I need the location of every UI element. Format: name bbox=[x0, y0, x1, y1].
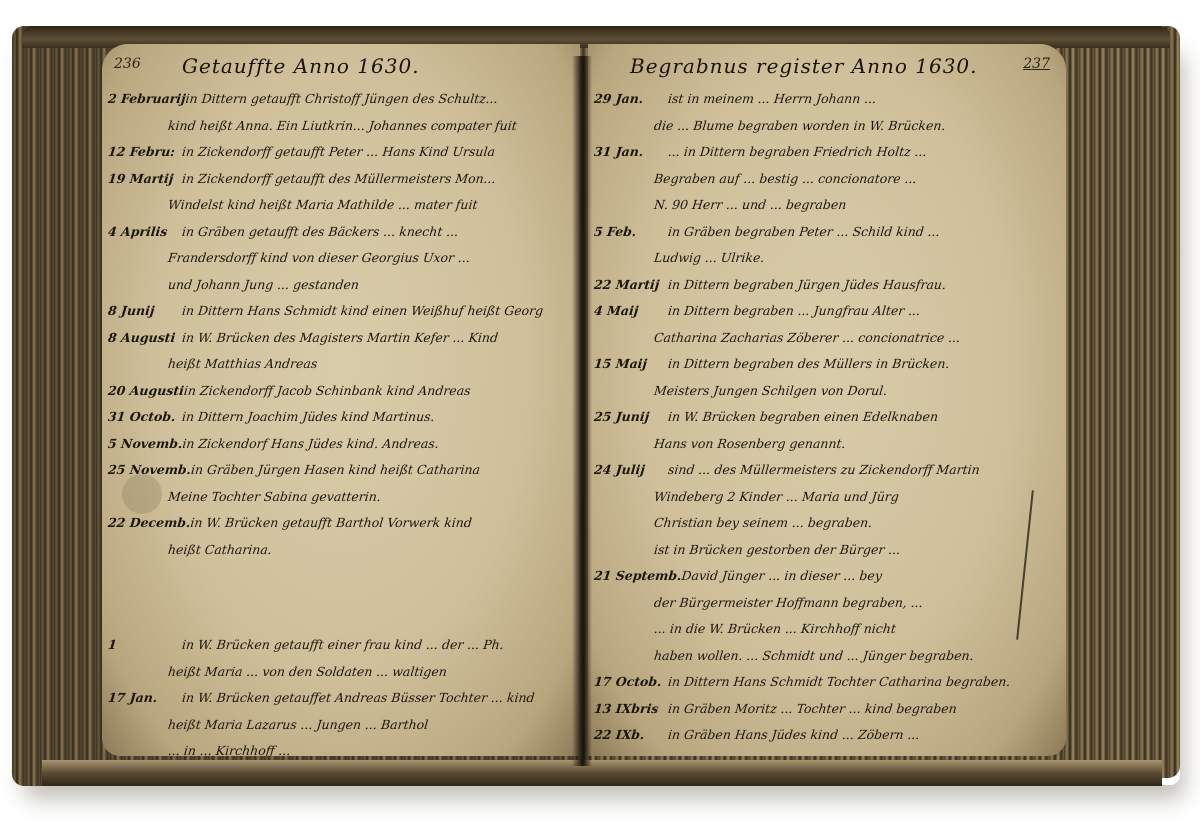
entry-date: 13 IXbris bbox=[593, 696, 670, 723]
entry-date: 4 Maij bbox=[593, 298, 670, 325]
entry-text: kind heißt Anna. Ein Liutkrin... Johanne… bbox=[167, 118, 517, 133]
register-entry: Christian bey seinem ... begraben. bbox=[593, 510, 1062, 537]
entry-text: Begraben auf ... bestig ... concionatore… bbox=[653, 171, 917, 186]
register-entry: 24 Julijsind ... des Müllermeisters zu Z… bbox=[593, 457, 1062, 484]
entry-text: Meine Tochter Sabina gevatterin. bbox=[167, 489, 381, 504]
page-number: 237 bbox=[1023, 56, 1050, 72]
register-entry: 25 Junijin W. Brücken begraben einen Ede… bbox=[593, 404, 1062, 431]
register-entry: 25 Novemb.in Gräben Jürgen Hasen kind he… bbox=[107, 457, 576, 484]
entry-text: in Zickendorf Hans Jüdes kind. Andreas. bbox=[182, 436, 440, 451]
register-entry: 4 Aprilisin Gräben getaufft des Bäckers … bbox=[107, 219, 576, 246]
entry-date: 22 Martij bbox=[593, 272, 670, 299]
right-page: 237 Begrabnus register Anno 1630. 29 Jan… bbox=[588, 44, 1066, 756]
entry-text: ... in die W. Brücken ... Kirchhoff nich… bbox=[653, 621, 896, 636]
entry-date: 31 Jan. bbox=[593, 139, 670, 166]
entry-date: 15 Maij bbox=[593, 351, 670, 378]
register-entry: heißt Maria Lazarus ... Jungen ... Barth… bbox=[107, 712, 576, 739]
entry-date: 21 Septemb. bbox=[593, 563, 683, 590]
entry-date: 17 Octob. bbox=[593, 669, 670, 696]
entry-text: in Dittern Hans Schmidt Tochter Catharin… bbox=[667, 674, 1011, 689]
entry-text: in W. Brücken getaufft einer frau kind .… bbox=[181, 637, 504, 652]
left-page: 236 Getauffte Anno 1630. 2 Februarijin D… bbox=[102, 44, 580, 756]
entry-date: 29 Jan. bbox=[593, 86, 670, 113]
register-entry: Begraben auf ... bestig ... concionatore… bbox=[593, 166, 1062, 193]
entry-text: in Dittern Hans Schmidt kind einen Weißh… bbox=[181, 303, 544, 318]
entry-text: Windeberg 2 Kinder ... Maria und Jürg bbox=[653, 489, 899, 504]
entry-date: 22 IXb. bbox=[593, 722, 670, 749]
entry-date: 24 Julij bbox=[593, 457, 670, 484]
entry-date: 8 Junij bbox=[107, 298, 184, 325]
register-entry: N. 90 Herr ... und ... begraben bbox=[593, 192, 1062, 219]
register-entry: 5 Feb.in Gräben begraben Peter ... Schil… bbox=[593, 219, 1062, 246]
register-entry: 8 Junijin Dittern Hans Schmidt kind eine… bbox=[107, 298, 576, 325]
register-entry: 5 Novemb.in Zickendorf Hans Jüdes kind. … bbox=[107, 431, 576, 458]
entry-text: in Dittern Joachim Jüdes kind Martinus. bbox=[181, 409, 435, 424]
entry-text: ist in meinem ... Herrn Johann ... bbox=[667, 91, 877, 106]
bottom-edge bbox=[42, 760, 1162, 786]
entry-text: Catharina Zacharias Zöberer ... conciona… bbox=[653, 330, 961, 345]
entry-date: 1 bbox=[107, 632, 184, 659]
register-entry: 15 Maijin Dittern begraben des Müllers i… bbox=[593, 351, 1062, 378]
entry-text: in Gräben begraben Peter ... Schild kind… bbox=[667, 224, 940, 239]
entry-text: in Dittern begraben ... Jungfrau Alter .… bbox=[667, 303, 921, 318]
register-entry: Meisters Jungen Schilgen von Dorul. bbox=[593, 378, 1062, 405]
entry-text: in Gräben Hans Jüdes kind ... Zöbern ... bbox=[667, 727, 920, 742]
register-entry: ... in ... Kirchhoff ... bbox=[107, 738, 576, 756]
entry-text: ... in Dittern begraben Friedrich Holtz … bbox=[667, 144, 927, 159]
register-entry: heißt Catharina. bbox=[107, 537, 576, 564]
register-entry: kind heißt Anna. Ein Liutkrin... Johanne… bbox=[107, 113, 576, 140]
page-header: Getauffte Anno 1630. bbox=[182, 54, 420, 78]
baptism-entries: 2 Februarijin Dittern getaufft Christoff… bbox=[108, 86, 574, 563]
entry-text: Meisters Jungen Schilgen von Dorul. bbox=[653, 383, 888, 398]
entry-date: 25 Novemb. bbox=[107, 457, 193, 484]
entry-date: 5 Novemb. bbox=[107, 431, 184, 458]
register-entry: Meine Tochter Sabina gevatterin. bbox=[107, 484, 576, 511]
page-number: 236 bbox=[114, 56, 141, 72]
entry-text: in Zickendorff Jacob Schinbank kind Andr… bbox=[183, 383, 471, 398]
entry-text: heißt Catharina. bbox=[167, 542, 272, 557]
register-entry: 19 Martijin Zickendorff getaufft des Mül… bbox=[107, 166, 576, 193]
register-entry: 8 Xb.in Dittern begraben Adam Bachers ki… bbox=[593, 749, 1062, 757]
entry-text: und Johann Jung ... gestanden bbox=[167, 277, 360, 292]
entry-text: in Zickendorff getaufft des Müllermeiste… bbox=[181, 171, 496, 186]
register-entry: heißt Matthias Andreas bbox=[107, 351, 576, 378]
entry-date: 8 Xb. bbox=[593, 749, 670, 757]
register-entry: 31 Octob.in Dittern Joachim Jüdes kind M… bbox=[107, 404, 576, 431]
register-entry: die ... Blume begraben worden in W. Brüc… bbox=[593, 113, 1062, 140]
entry-date: 2 Februarij bbox=[107, 86, 187, 113]
entry-text: ist in Brücken gestorben der Bürger ... bbox=[653, 542, 901, 557]
entry-text: David Jünger ... in dieser ... bey bbox=[681, 568, 883, 583]
entry-text: Frandersdorff kind von dieser Georgius U… bbox=[167, 250, 471, 265]
entry-text: Christian bey seinem ... begraben. bbox=[653, 515, 873, 530]
entry-date: 17 Jan. bbox=[107, 685, 184, 712]
register-entry: 17 Octob.in Dittern Hans Schmidt Tochter… bbox=[593, 669, 1062, 696]
entry-text: in Zickendorff getaufft Peter ... Hans K… bbox=[181, 144, 496, 159]
entry-date: 20 Augusti bbox=[107, 378, 186, 405]
entry-text: in Dittern begraben Jürgen Jüdes Hausfra… bbox=[667, 277, 947, 292]
burial-entries: 29 Jan.ist in meinem ... Herrn Johann ..… bbox=[594, 86, 1060, 756]
register-entry: 4 Maijin Dittern begraben ... Jungfrau A… bbox=[593, 298, 1062, 325]
entry-text: heißt Maria Lazarus ... Jungen ... Barth… bbox=[167, 717, 429, 732]
entry-date: 22 Decemb. bbox=[107, 510, 192, 537]
register-entry: 20 Augustiin Zickendorff Jacob Schinbank… bbox=[107, 378, 576, 405]
register-entry: ist in Brücken gestorben der Bürger ... bbox=[593, 537, 1062, 564]
entry-text: der Bürgermeister Hoffmann begraben, ... bbox=[653, 595, 923, 610]
register-entry: ... in die W. Brücken ... Kirchhoff nich… bbox=[593, 616, 1062, 643]
register-entry: 13 IXbrisin Gräben Moritz ... Tochter ..… bbox=[593, 696, 1062, 723]
entry-text: in W. Brücken getauffet Andreas Büsser T… bbox=[181, 690, 535, 705]
open-register-book: 236 Getauffte Anno 1630. 2 Februarijin D… bbox=[12, 26, 1180, 786]
entry-date: 25 Junij bbox=[593, 404, 670, 431]
entry-date: 19 Martij bbox=[107, 166, 184, 193]
entry-date: 5 Feb. bbox=[593, 219, 670, 246]
baptism-entries-continued: 1in W. Brücken getaufft einer frau kind … bbox=[108, 632, 574, 756]
entry-text: in W. Brücken getaufft Barthol Vorwerk k… bbox=[190, 515, 473, 530]
entry-date: 8 Augusti bbox=[107, 325, 184, 352]
entry-text: N. 90 Herr ... und ... begraben bbox=[653, 197, 847, 212]
register-entry: der Bürgermeister Hoffmann begraben, ... bbox=[593, 590, 1062, 617]
entry-text: in Gräben Moritz ... Tochter ... kind be… bbox=[667, 701, 957, 716]
register-entry: Windelst kind heißt Maria Mathilde ... m… bbox=[107, 192, 576, 219]
entry-text: sind ... des Müllermeisters zu Zickendor… bbox=[667, 462, 980, 477]
entry-date: 4 Aprilis bbox=[107, 219, 184, 246]
book-gutter bbox=[572, 56, 592, 766]
entry-text: ... in ... Kirchhoff ... bbox=[167, 743, 291, 756]
entry-text: in Dittern getaufft Christoff Jüngen des… bbox=[185, 91, 499, 106]
register-entry: 21 Septemb.David Jünger ... in dieser ..… bbox=[593, 563, 1062, 590]
register-entry: Frandersdorff kind von dieser Georgius U… bbox=[107, 245, 576, 272]
page-header: Begrabnus register Anno 1630. bbox=[630, 54, 978, 78]
register-entry: heißt Maria ... von den Soldaten ... wal… bbox=[107, 659, 576, 686]
entry-text: die ... Blume begraben worden in W. Brüc… bbox=[653, 118, 946, 133]
register-entry: 22 IXb.in Gräben Hans Jüdes kind ... Zöb… bbox=[593, 722, 1062, 749]
register-entry: 8 Augustiin W. Brücken des Magisters Mar… bbox=[107, 325, 576, 352]
entry-text: heißt Matthias Andreas bbox=[167, 356, 318, 371]
entry-text: Hans von Rosenberg genannt. bbox=[653, 436, 846, 451]
register-entry: 22 Martijin Dittern begraben Jürgen Jüde… bbox=[593, 272, 1062, 299]
entry-text: Windelst kind heißt Maria Mathilde ... m… bbox=[167, 197, 478, 212]
register-entry: 17 Jan.in W. Brücken getauffet Andreas B… bbox=[107, 685, 576, 712]
entry-text: in Dittern begraben des Müllers in Brück… bbox=[667, 356, 950, 371]
entry-text: in Gräben getaufft des Bäckers ... knech… bbox=[181, 224, 459, 239]
entry-text: in W. Brücken des Magisters Martin Kefer… bbox=[181, 330, 499, 345]
entry-text: in Gräben Jürgen Hasen kind heißt Cathar… bbox=[190, 462, 480, 477]
register-entry: haben wollen. ... Schmidt und ... Jünger… bbox=[593, 643, 1062, 670]
register-entry: 1in W. Brücken getaufft einer frau kind … bbox=[107, 632, 576, 659]
register-entry: 29 Jan.ist in meinem ... Herrn Johann ..… bbox=[593, 86, 1062, 113]
entry-text: in Dittern begraben Adam Bachers kind. bbox=[667, 754, 926, 757]
entry-text: haben wollen. ... Schmidt und ... Jünger… bbox=[653, 648, 974, 663]
register-entry: Hans von Rosenberg genannt. bbox=[593, 431, 1062, 458]
register-entry: 12 Febru:in Zickendorff getaufft Peter .… bbox=[107, 139, 576, 166]
register-entry: 2 Februarijin Dittern getaufft Christoff… bbox=[107, 86, 576, 113]
register-entry: Catharina Zacharias Zöberer ... conciona… bbox=[593, 325, 1062, 352]
entry-date: 12 Febru: bbox=[107, 139, 184, 166]
entry-text: Ludwig ... Ulrike. bbox=[653, 250, 765, 265]
entry-text: heißt Maria ... von den Soldaten ... wal… bbox=[167, 664, 447, 679]
entry-text: in W. Brücken begraben einen Edelknaben bbox=[667, 409, 939, 424]
register-entry: Ludwig ... Ulrike. bbox=[593, 245, 1062, 272]
register-entry: 31 Jan.... in Dittern begraben Friedrich… bbox=[593, 139, 1062, 166]
register-entry: Windeberg 2 Kinder ... Maria und Jürg bbox=[593, 484, 1062, 511]
register-entry: und Johann Jung ... gestanden bbox=[107, 272, 576, 299]
register-entry: 22 Decemb.in W. Brücken getaufft Barthol… bbox=[107, 510, 576, 537]
entry-date: 31 Octob. bbox=[107, 404, 184, 431]
